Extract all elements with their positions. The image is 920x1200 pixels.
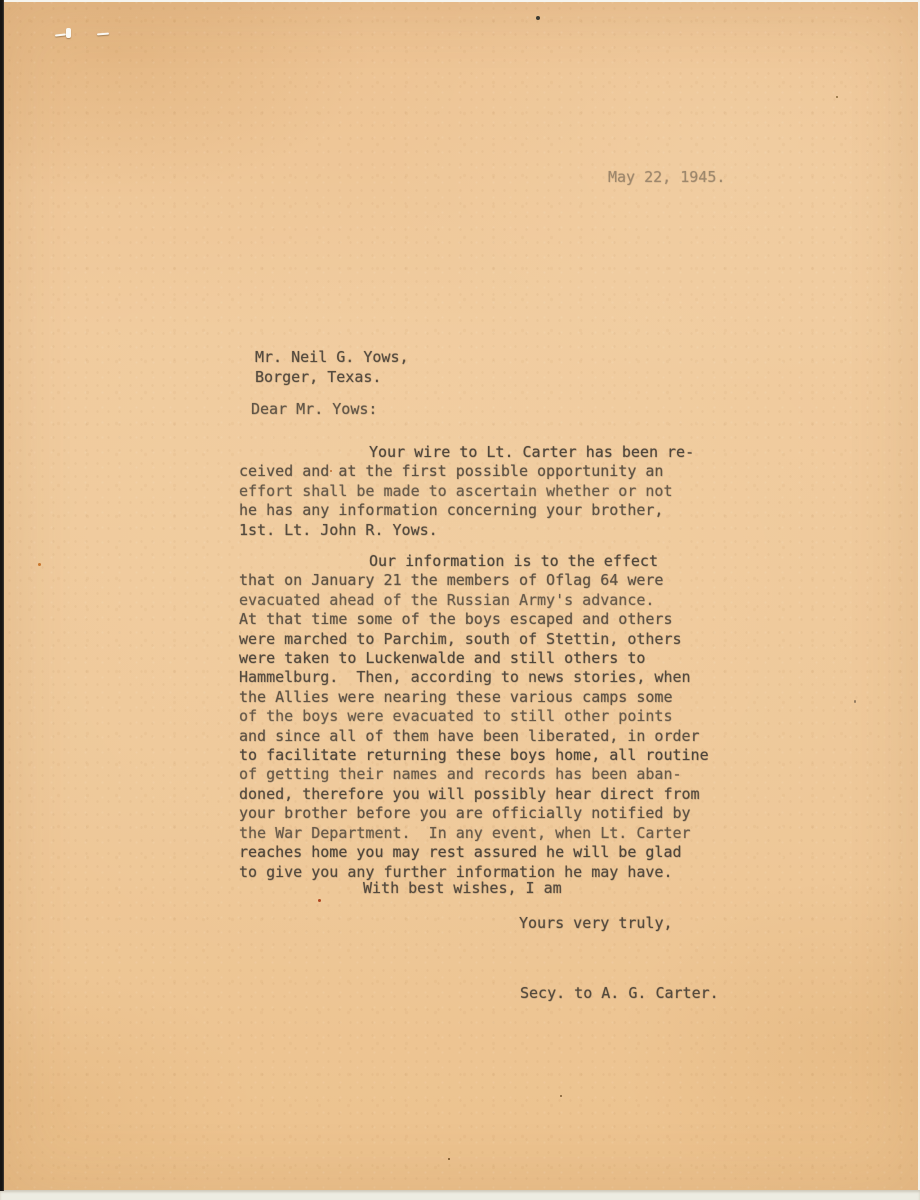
closing-text: With best wishes, I am [363,879,562,898]
scan-background: May 22, 1945. Mr. Neil G. Yows,Borger, T… [0,0,920,1200]
letter-line: of getting their names and records has b… [239,765,709,784]
letter-line: the Allies were nearing these various ca… [239,688,709,707]
letter-line: were marched to Parchim, south of Stetti… [239,630,709,649]
letter-line: and since all of them have been liberate… [239,727,709,746]
paper-speck [448,1158,450,1160]
closing-line: With best wishes, I am [363,879,562,898]
valediction: Yours very truly, [519,914,673,933]
recipient-address: Mr. Neil G. Yows,Borger, Texas. [255,347,409,387]
letter-line: to facilitate returning these boys home,… [239,746,709,765]
staple-hole [66,28,71,38]
letter-line: Mr. Neil G. Yows, [255,347,409,367]
letter-paper: May 22, 1945. Mr. Neil G. Yows,Borger, T… [4,2,918,1190]
letter-line: ceived and at the first possible opportu… [239,462,694,481]
letter-line: Hammelburg. Then, according to news stor… [239,668,709,687]
paragraph-1: Your wire to Lt. Carter has been re-ceiv… [239,443,694,540]
letter-line: your brother before you are officially n… [239,804,709,823]
salutation-text: Dear Mr. Yows: [251,400,377,419]
letter-line: At that time some of the boys escaped an… [239,610,709,629]
letter-line: evacuated ahead of the Russian Army's ad… [239,591,709,610]
letter-line: effort shall be made to ascertain whethe… [239,482,694,501]
signature-line: Secy. to A. G. Carter. [520,984,719,1003]
letter-line: doned, therefore you will possibly hear … [239,785,709,804]
letter-date: May 22, 1945. [608,168,725,187]
letter-line: the War Department. In any event, when L… [239,824,709,843]
paper-speck [854,700,856,703]
staple-hole [97,33,109,36]
paper-speck [38,563,41,566]
letter-line: reaches home you may rest assured he wil… [239,843,709,862]
letter-line: Borger, Texas. [255,367,409,387]
letter-line: were taken to Luckenwalde and still othe… [239,649,709,668]
letter-line: 1st. Lt. John R. Yows. [239,521,694,540]
scanner-edge-bottom [0,1190,920,1200]
paragraph-2: Our information is to the effectthat on … [239,552,709,882]
letter-line: Your wire to Lt. Carter has been re- [369,443,694,462]
scanner-edge-top [0,0,920,2]
paper-speck [836,96,838,98]
paper-speck [560,1095,562,1097]
salutation: Dear Mr. Yows: [251,400,377,419]
letter-date-text: May 22, 1945. [608,168,725,187]
scanner-edge-left [0,0,4,1191]
letter-line: of the boys were evacuated to still othe… [239,707,709,726]
letter-line: that on January 21 the members of Oflag … [239,571,709,590]
letter-line: he has any information concerning your b… [239,501,694,520]
paper-speck [318,899,321,902]
signature-text: Secy. to A. G. Carter. [520,984,719,1003]
staple-hole [55,33,66,36]
letter-line: Our information is to the effect [369,552,709,571]
paper-speck [536,16,540,20]
valediction-text: Yours very truly, [519,914,673,933]
